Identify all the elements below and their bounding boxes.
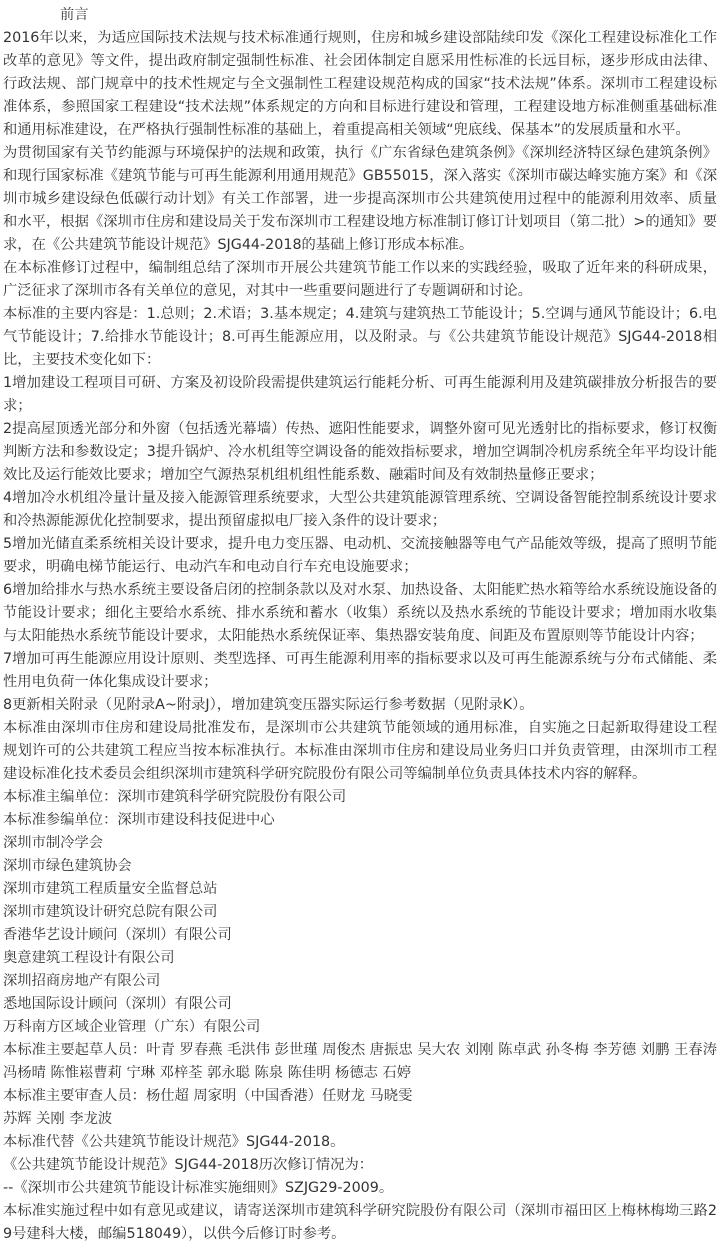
paragraph-change-4: 4增加冷水机组冷量计量及接入能源管理系统要求，大型公共建筑能源管理系统、空调设备… — [3, 487, 717, 533]
paragraph-revision-history-title: 《公共建筑节能设计规范》SJG44-2018历次修订情况为： — [3, 1154, 717, 1177]
paragraph-change-5: 5增加光储直柔系统相关设计要求，提升电力变压器、电动机、交流接触器等电气产品能效… — [3, 533, 717, 579]
document-page: 前言 2016年以来，为适应国际技术法规与技术标准通行规则，住房和城乡建设部陆续… — [0, 0, 718, 1250]
unit-item: 万科南方区域企业管理（广东）有限公司 — [3, 1016, 717, 1039]
paragraph-revision-history-item: --《深圳市公共建筑节能设计标准实施细则》SZJG29-2009。 — [3, 1177, 717, 1200]
paragraph-approval: 本标准由深圳市住房和建设局批准发布，是深圳市公共建筑节能领域的通用标准，自实施之… — [3, 717, 717, 786]
paragraph-change-7: 7增加可再生能源应用设计原则、类型选择、可再生能源利用率的指标要求以及可再生能源… — [3, 648, 717, 694]
paragraph-drafters: 本标准主要起草人员：叶青 罗春燕 毛洪伟 彭世瑾 周俊杰 唐振忠 吴大农 刘刚 … — [3, 1039, 717, 1085]
paragraph-change-8: 8更新相关附录（见附录A~附录J），增加建筑变压器实际运行参考数据（见附录K）。 — [3, 694, 717, 717]
paragraph-replaces: 本标准代替《公共建筑节能设计规范》SJG44-2018。 — [3, 1131, 717, 1154]
paragraph-revision-process: 在本标准修订过程中，编制组总结了深圳市开展公共建筑节能工作以来的实践经验，吸取了… — [3, 257, 717, 303]
paragraph-feedback-address: 本标准实施过程中如有意见或建议，请寄送深圳市建筑科学研究院股份有限公司（深圳市福… — [3, 1200, 717, 1246]
unit-item: 深圳市制冷学会 — [3, 832, 717, 855]
unit-item: 奥意建筑工程设计有限公司 — [3, 947, 717, 970]
paragraph-chief-editor-unit: 本标准主编单位：深圳市建筑科学研究院股份有限公司 — [3, 786, 717, 809]
paragraph-reviewers: 本标准主要审查人员：杨仕超 周家明（中国香港）任财龙 马晓雯 — [3, 1085, 717, 1108]
unit-item: 深圳市建筑工程质量安全监督总站 — [3, 878, 717, 901]
paragraph-participating-unit: 本标准参编单位：深圳市建设科技促进中心 — [3, 809, 717, 832]
paragraph-reviewers-continued: 苏辉 关刚 李龙波 — [3, 1108, 717, 1131]
page-title: 前言 — [60, 4, 717, 27]
unit-item: 深圳市绿色建筑协会 — [3, 855, 717, 878]
paragraph-revision-basis: 为贯彻国家有关节约能源与环境保护的法规和政策，执行《广东省绿色建筑条例》《深圳经… — [3, 142, 717, 257]
unit-item: 香港华艺设计顾问（深圳）有限公司 — [3, 924, 717, 947]
paragraph-change-1: 1增加建设工程项目可研、方案及初设阶段需提供建筑运行能耗分析、可再生能源利用及建… — [3, 372, 717, 418]
unit-item: 深圳市建筑设计研究总院有限公司 — [3, 901, 717, 924]
paragraph-intro-policy: 2016年以来，为适应国际技术法规与技术标准通行规则，住房和城乡建设部陆续印发《… — [3, 27, 717, 142]
paragraph-main-contents: 本标准的主要内容是：1.总则；2.术语；3.基本规定；4.建筑与建筑热工节能设计… — [3, 303, 717, 372]
paragraph-change-6: 6增加给排水与热水系统主要设备启闭的控制条款以及对水泵、加热设备、太阳能贮热水箱… — [3, 579, 717, 648]
unit-item: 悉地国际设计顾问（深圳）有限公司 — [3, 993, 717, 1016]
unit-item: 深圳招商房地产有限公司 — [3, 970, 717, 993]
paragraph-change-2-3: 2提高屋顶透光部分和外窗（包括透光幕墙）传热、遮阳性能要求，调整外窗可见光透射比… — [3, 418, 717, 487]
